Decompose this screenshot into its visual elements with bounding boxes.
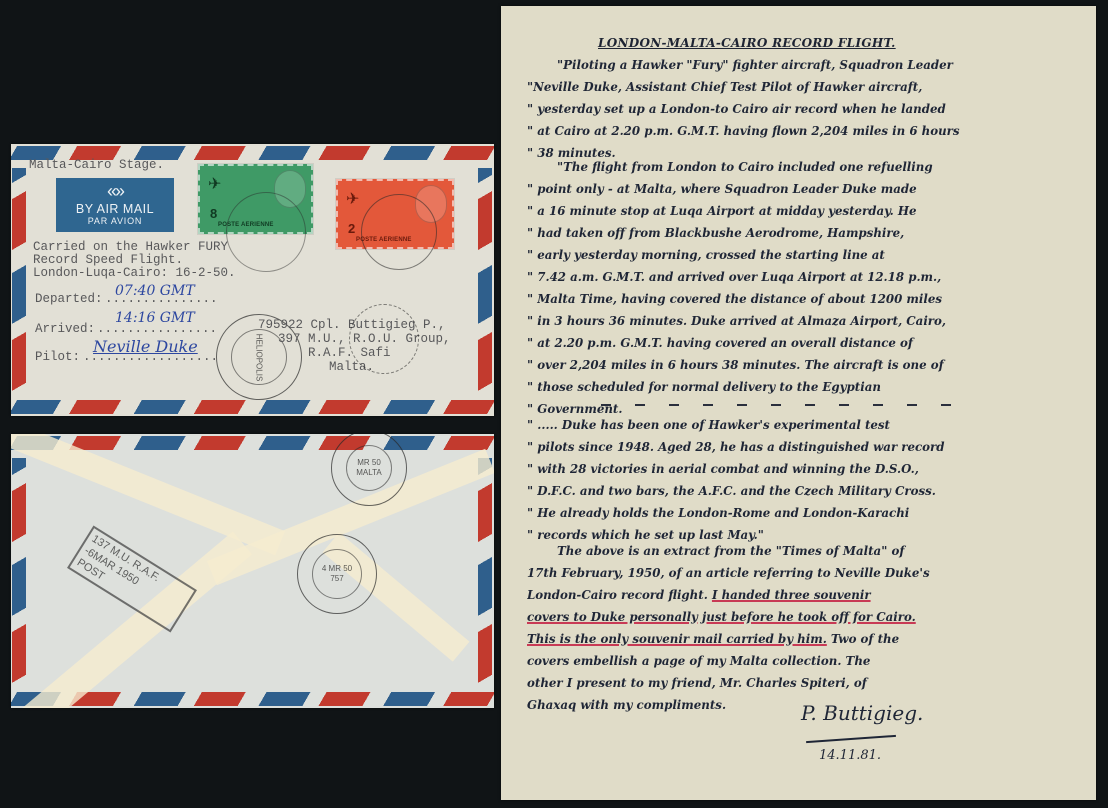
typed-line: Record Speed Flight. <box>33 253 183 267</box>
letter-line: " had taken off from Blackbushe Aerodrom… <box>527 222 1077 244</box>
letter-page: LONDON-MALTA-CAIRO RECORD FLIGHT. "Pilot… <box>501 6 1096 800</box>
airmail-text: BY AIR MAIL <box>56 202 174 216</box>
letter-line: " those scheduled for normal delivery to… <box>527 376 1077 398</box>
airmail-border-bottom <box>11 400 494 414</box>
postmark-on-stamp <box>361 194 437 270</box>
letter-line: " 7.42 a.m. G.M.T. and arrived over Luqa… <box>527 266 1077 288</box>
airmail-border-right <box>478 168 492 392</box>
letter-line: " yesterday set up a London-to Cairo air… <box>527 98 1077 120</box>
pilot-label: Pilot: <box>35 350 80 364</box>
letter-line: " He already holds the London-Rome and L… <box>527 502 1077 524</box>
letter-line: "Neville Duke, Assistant Chief Test Pilo… <box>527 76 1077 98</box>
plain-text: Two of the <box>827 632 899 646</box>
underlined-text: covers to Duke personally just before he… <box>527 610 916 624</box>
airplane-icon: ✈ <box>346 189 359 209</box>
typed-line: London-Luqa-Cairo: 16-2-50. <box>33 266 236 280</box>
envelope-front: Malta-Cairo Stage. ‹‹›› BY AIR MAIL PAR … <box>11 144 494 416</box>
envelope-back: MR 50 MALTA 4 MR 50 757 137 M.U. R.A.F. … <box>11 434 494 708</box>
letter-line: " ..... Duke has been one of Hawker's ex… <box>527 414 1077 436</box>
letter-paragraph-4: The above is an extract from the "Times … <box>527 540 1077 716</box>
letter-line: 17th February, 1950, of an article refer… <box>527 562 1077 584</box>
letter-line: " in 3 hours 36 minutes. Duke arrived at… <box>527 310 1077 332</box>
airmail-border-left <box>12 458 26 684</box>
arrived-value: 14:16 GMT <box>115 310 195 326</box>
pilot-value: Neville Duke <box>93 337 198 356</box>
typed-line: Carried on the Hawker FURY <box>33 240 228 254</box>
letter-line: " at Cairo at 2.20 p.m. G.M.T. having fl… <box>527 120 1077 142</box>
postmark-place: MALTA <box>356 468 381 477</box>
letter-paragraph-2: "The flight from London to Cairo include… <box>527 156 1077 420</box>
stamp-value: 8 <box>210 206 217 221</box>
postmark-on-stamp <box>226 192 306 272</box>
letter-line: " early yesterday morning, crossed the s… <box>527 244 1077 266</box>
letter-line: " point only - at Malta, where Squadron … <box>527 178 1077 200</box>
departed-value: 07:40 GMT <box>115 283 195 299</box>
letter-line: "The flight from London to Cairo include… <box>527 156 1077 178</box>
postmark-number: 757 <box>330 574 343 583</box>
postmark-text: HELIOPOLIS <box>254 333 263 381</box>
flap-tape <box>11 434 285 555</box>
underlined-text: This is the only souvenir mail carried b… <box>527 632 827 646</box>
airmail-border-right <box>478 458 492 684</box>
letter-paragraph-3: " ..... Duke has been one of Hawker's ex… <box>527 414 1077 546</box>
letter-line: The above is an extract from the "Times … <box>527 540 1077 562</box>
departed-label: Departed: <box>35 292 103 306</box>
airmail-label: ‹‹›› BY AIR MAIL PAR AVION <box>56 178 174 232</box>
underlined-text: I handed three souvenir <box>712 588 871 602</box>
stage-label: Malta-Cairo Stage. <box>29 158 164 172</box>
arrived-label: Arrived: <box>35 322 95 336</box>
field-post-postmark: 4 MR 50 757 <box>297 534 377 614</box>
letter-line: " with 28 victories in aerial combat and… <box>527 458 1077 480</box>
letter-line: other I present to my friend, Mr. Charle… <box>527 672 1077 694</box>
signature: P. Buttigieg. <box>801 701 923 725</box>
wings-icon: ‹‹›› <box>56 180 174 202</box>
letter-title: LONDON-MALTA-CAIRO RECORD FLIGHT. <box>598 36 896 50</box>
airmail-border-left <box>12 168 26 392</box>
letter-line: This is the only souvenir mail carried b… <box>527 628 1077 650</box>
section-divider <box>601 404 961 406</box>
postmark-date: 4 MR 50 <box>322 564 352 573</box>
signature-date: 14.11.81. <box>819 748 881 763</box>
letter-line: covers embellish a page of my Malta coll… <box>527 650 1077 672</box>
stamp-value: 2 <box>348 221 355 236</box>
arabic-postmark <box>349 304 419 374</box>
par-avion-text: PAR AVION <box>56 216 174 227</box>
letter-line: " pilots since 1948. Aged 28, he has a d… <box>527 436 1077 458</box>
letter-line: "Piloting a Hawker "Fury" fighter aircra… <box>527 54 1077 76</box>
letter-line: " Malta Time, having covered the distanc… <box>527 288 1077 310</box>
airmail-border-top <box>11 436 494 450</box>
postmark-date: MR 50 <box>357 458 381 467</box>
plain-text: London-Cairo record flight. <box>527 588 712 602</box>
letter-line: covers to Duke personally just before he… <box>527 606 1077 628</box>
letter-line: " D.F.C. and two bars, the A.F.C. and th… <box>527 480 1077 502</box>
signature-underline <box>806 735 896 743</box>
airplane-icon: ✈ <box>208 174 221 194</box>
letter-paragraph-1: "Piloting a Hawker "Fury" fighter aircra… <box>527 54 1077 164</box>
letter-line: " a 16 minute stop at Luqa Airport at mi… <box>527 200 1077 222</box>
letter-line: London-Cairo record flight. I handed thr… <box>527 584 1077 606</box>
letter-line: " at 2.20 p.m. G.M.T. having covered an … <box>527 332 1077 354</box>
letter-line: " over 2,204 miles in 6 hours 38 minutes… <box>527 354 1077 376</box>
